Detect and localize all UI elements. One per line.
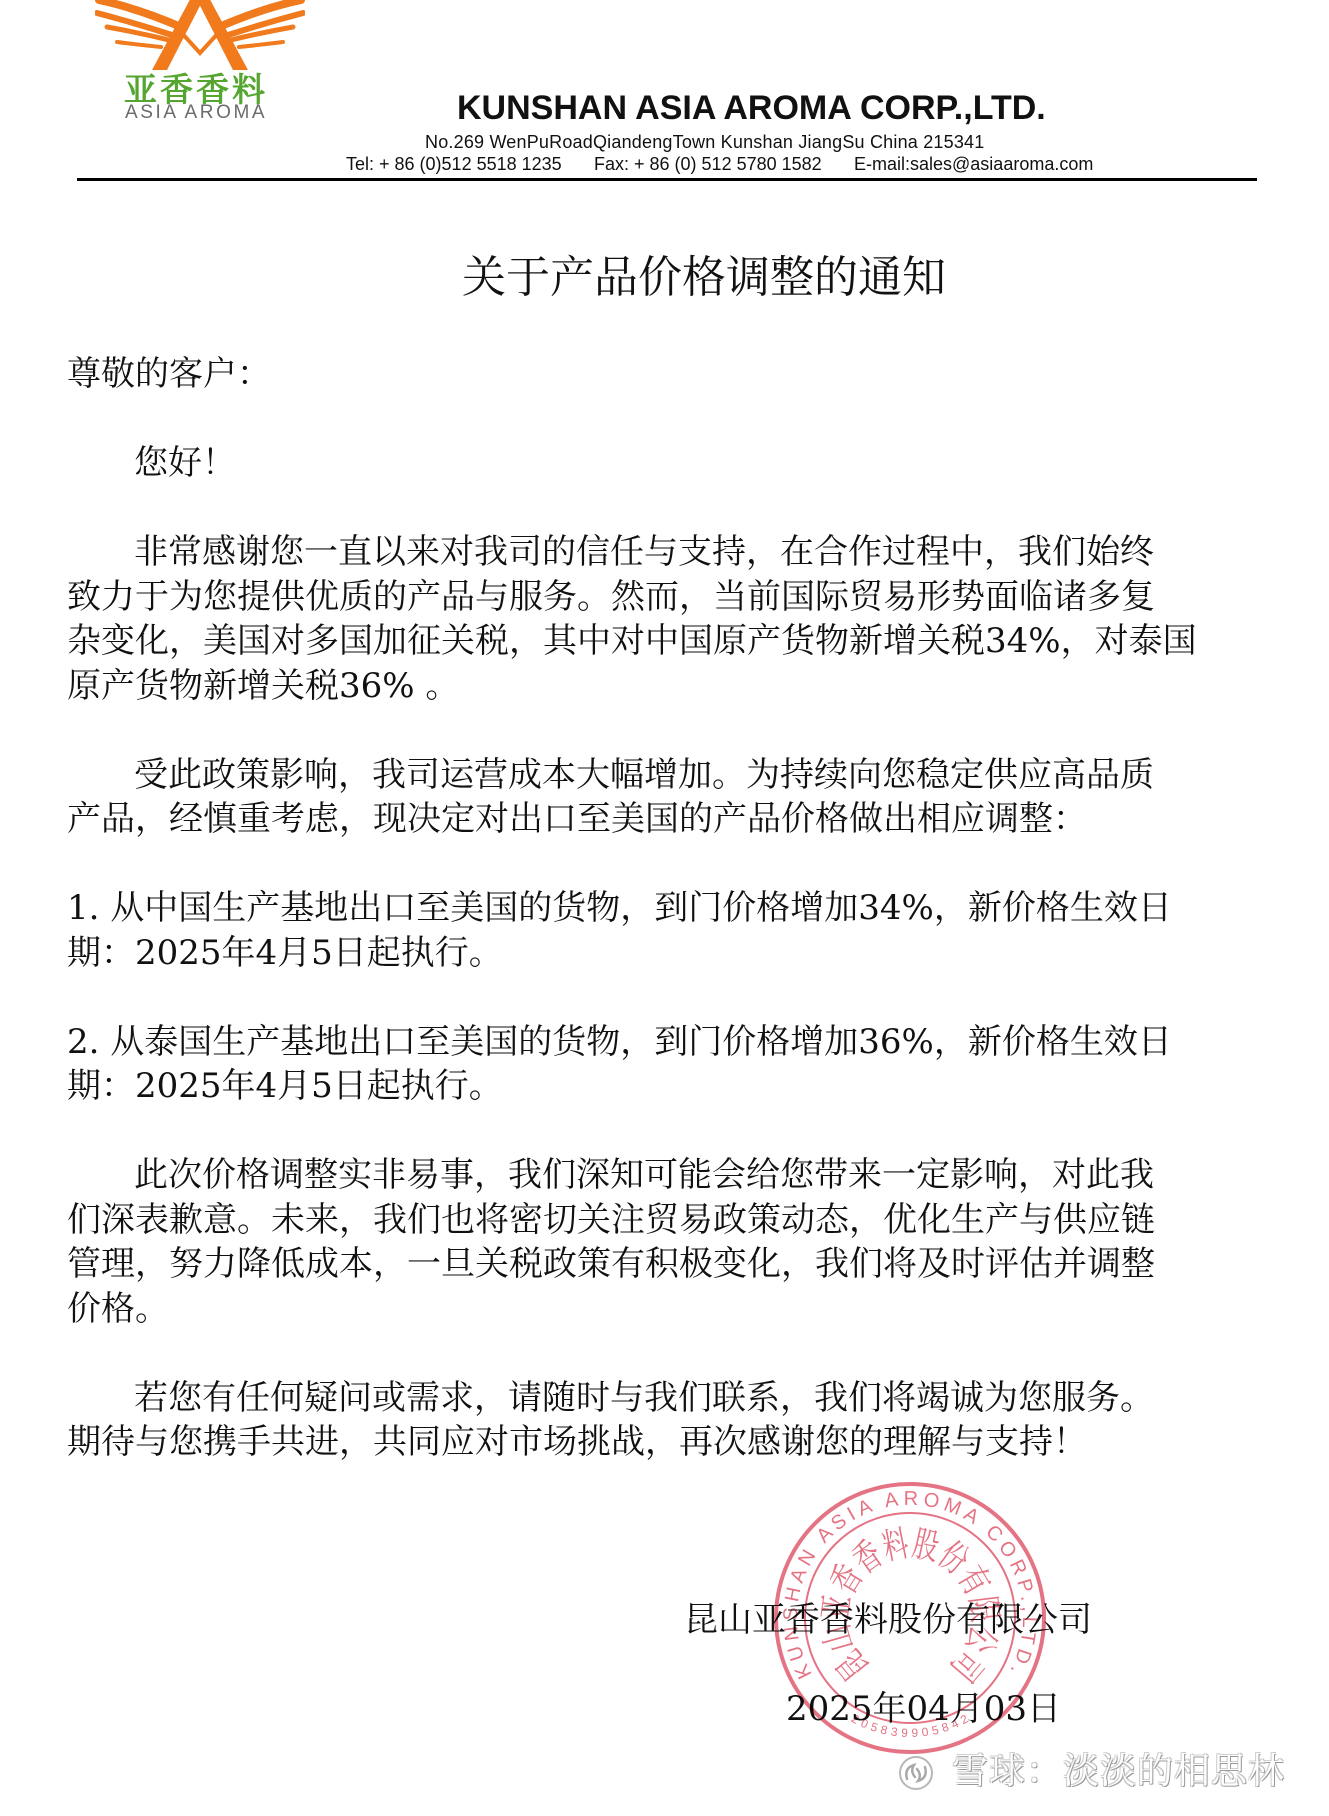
- seal-inner-text: 昆山亚香香料股份有限公司: [815, 1523, 1005, 1688]
- company-address: No.269 WenPuRoadQiandengTown Kunshan Jia…: [425, 133, 984, 151]
- paragraph-line: 产品，经慎重考虑，现决定对出口至美国的产品价格做出相应调整：: [0, 797, 1329, 842]
- paragraph-closing: 若您有任何疑问或需求，请随时与我们联系，我们将竭诚为您服务。 期待与您携手共进，…: [0, 1376, 1329, 1465]
- xueqiu-logo-icon: [898, 1755, 934, 1791]
- list-item-thailand: 2. 从泰国生产基地出口至美国的货物，到门价格增加36%，新价格生效日 期：20…: [0, 1020, 1329, 1109]
- company-fax: Fax: + 86 (0) 512 5780 1582: [594, 155, 822, 173]
- notice-title: 关于产品价格调整的通知: [462, 253, 946, 303]
- paragraph-line: 原产货物新增关税36% 。: [0, 664, 1329, 709]
- list-item-line: 2. 从泰国生产基地出口至美国的货物，到门价格增加36%，新价格生效日: [0, 1020, 1329, 1065]
- spacer: [0, 397, 1329, 442]
- watermark-text: 雪球：淡淡的相思林: [952, 1752, 1285, 1792]
- letter-body: 尊敬的客户： 您好！ 非常感谢您一直以来对我司的信任与支持，在合作过程中，我们始…: [0, 352, 1329, 1465]
- wings-a-logo-icon: [95, 0, 305, 75]
- spacer: [0, 1109, 1329, 1154]
- company-seal-stamp: KUNSHAN ASIA AROMA CORP.,LTD. 昆山亚香香料股份有限…: [770, 1478, 1050, 1758]
- paragraph-line: 非常感谢您一直以来对我司的信任与支持，在合作过程中，我们始终: [0, 530, 1329, 575]
- company-email: E-mail:sales@asiaaroma.com: [854, 155, 1093, 173]
- paragraph-line: 们深表歉意。未来，我们也将密切关注贸易政策动态，优化生产与供应链: [0, 1198, 1329, 1243]
- list-item-line: 1. 从中国生产基地出口至美国的货物，到门价格增加34%，新价格生效日: [0, 886, 1329, 931]
- logo-english-name: ASIA AROMA: [125, 103, 267, 122]
- spacer: [0, 842, 1329, 887]
- paragraph-line: 此次价格调整实非易事，我们深知可能会给您带来一定影响，对此我: [0, 1153, 1329, 1198]
- paragraph-line: 价格。: [0, 1287, 1329, 1332]
- spacer: [0, 975, 1329, 1020]
- spacer: [0, 1331, 1329, 1376]
- paragraph-line: 致力于为您提供优质的产品与服务。然而，当前国际贸易形势面临诸多复: [0, 575, 1329, 620]
- list-item-line: 期：2025年4月5日起执行。: [0, 931, 1329, 976]
- paragraph-appreciation: 非常感谢您一直以来对我司的信任与支持，在合作过程中，我们始终 致力于为您提供优质…: [0, 530, 1329, 708]
- list-item-line: 期：2025年4月5日起执行。: [0, 1064, 1329, 1109]
- spacer: [0, 708, 1329, 753]
- paragraph-line: 管理，努力降低成本，一旦关税政策有积极变化，我们将及时评估并调整: [0, 1242, 1329, 1287]
- company-name: KUNSHAN ASIA AROMA CORP.,LTD.: [457, 91, 1046, 125]
- greeting: 您好！: [0, 441, 1329, 486]
- paragraph-line: 受此政策影响，我司运营成本大幅增加。为持续向您稳定供应高品质: [0, 753, 1329, 798]
- paragraph-apology: 此次价格调整实非易事，我们深知可能会给您带来一定影响，对此我 们深表歉意。未来，…: [0, 1153, 1329, 1331]
- paragraph-policy-impact: 受此政策影响，我司运营成本大幅增加。为持续向您稳定供应高品质 产品，经慎重考虑，…: [0, 753, 1329, 842]
- paragraph-line: 期待与您携手共进，共同应对市场挑战，再次感谢您的理解与支持！: [0, 1420, 1329, 1465]
- list-item-china: 1. 从中国生产基地出口至美国的货物，到门价格增加34%，新价格生效日 期：20…: [0, 886, 1329, 975]
- company-tel: Tel: + 86 (0)512 5518 1235: [346, 155, 562, 173]
- seal-serial-number: 205839905842: [849, 1711, 971, 1740]
- spacer: [0, 486, 1329, 531]
- salutation: 尊敬的客户：: [0, 352, 1329, 397]
- paragraph-line: 若您有任何疑问或需求，请随时与我们联系，我们将竭诚为您服务。: [0, 1376, 1329, 1421]
- letterhead-divider: [77, 178, 1257, 181]
- paragraph-line: 杂变化，美国对多国加征关税，其中对中国原产货物新增关税34%，对泰国: [0, 619, 1329, 664]
